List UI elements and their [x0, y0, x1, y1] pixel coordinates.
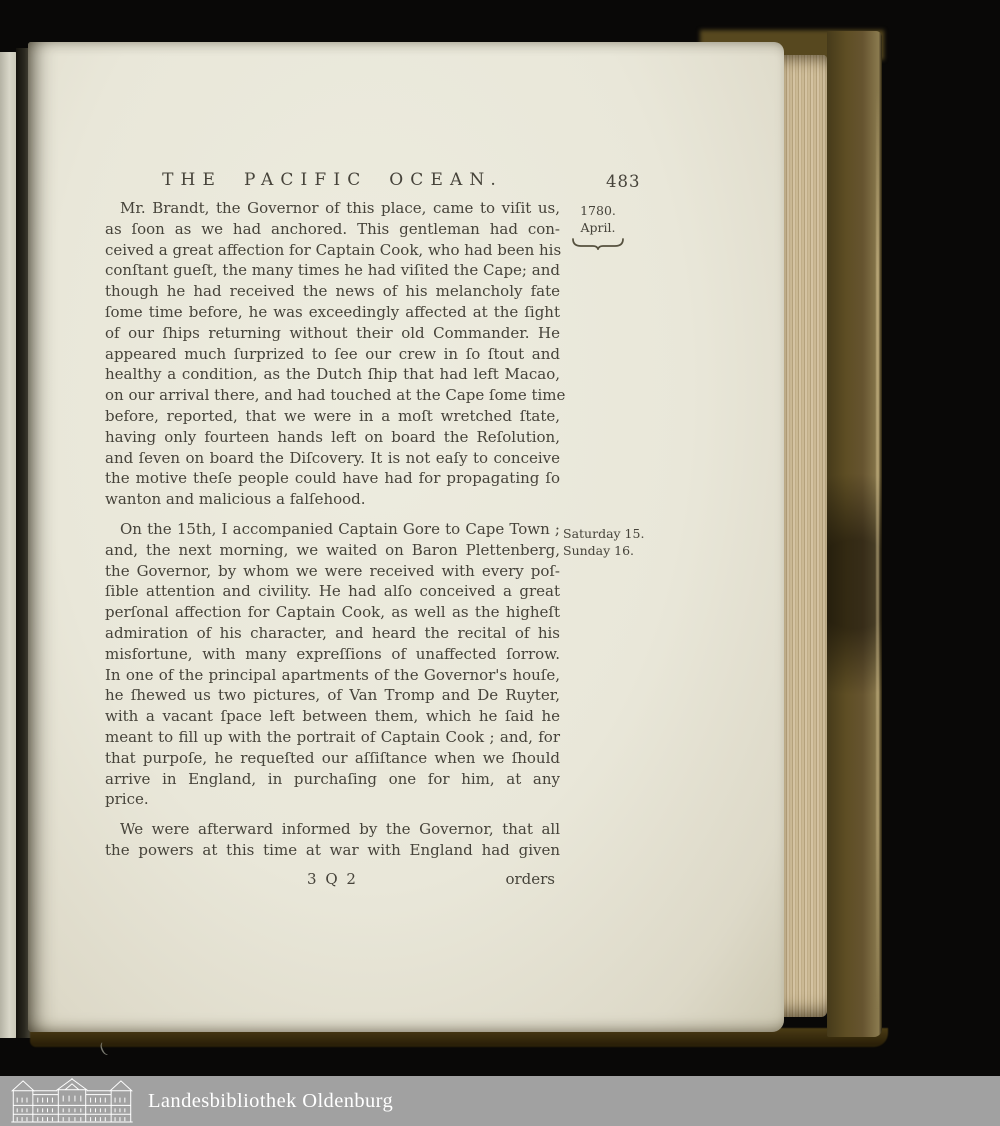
text-line: the Governor, by whom we were received w… — [105, 561, 560, 582]
margin-note-lines: 1780.April. — [569, 202, 627, 236]
page-footer-row: 3 Q 2 orders — [105, 870, 560, 892]
facing-page-edge — [0, 52, 17, 1038]
margin-note-weekend: Saturday 15.Sunday 16. — [563, 525, 644, 559]
text-line: healthy a condition, as the Dutch ſhip t… — [105, 364, 560, 385]
page-fore-edge — [784, 55, 827, 1017]
text-line: appeared much ſurprized to ſee our crew … — [105, 344, 560, 365]
text-line: that purpoſe, he requeſted our aſſiſtanc… — [105, 748, 560, 769]
text-line: Sunday 16. — [563, 542, 644, 559]
text-line: and ſeven on board the Diſcovery. It is … — [105, 448, 560, 469]
library-name-label: Landesbibliothek Oldenburg — [148, 1076, 393, 1126]
text-line: On the 15th, I accompanied Captain Gore … — [105, 519, 560, 540]
text-line: Saturday 15. — [563, 525, 644, 542]
text-line: conſtant gueſt, the many times he had vi… — [105, 260, 560, 281]
library-building-icon — [8, 1078, 136, 1124]
text-line: admiration of his character, and heard t… — [105, 623, 560, 644]
cover-edge-highlight — [876, 90, 879, 1010]
text-line: In one of the principal apartments of th… — [105, 665, 560, 686]
text-line: misfortune, with many expreſſions of una… — [105, 644, 560, 665]
text-line: perſonal affection for Captain Cook, as … — [105, 602, 560, 623]
text-line: as ſoon as we had anchored. This gentlem… — [105, 219, 560, 240]
text-line: and, the next morning, we waited on Baro… — [105, 540, 560, 561]
text-line: price. — [105, 789, 560, 810]
page-number: 483 — [606, 172, 641, 191]
text-line: arrive in England, in purchaſing one for… — [105, 769, 560, 790]
text-line: wanton and malicious a falſehood. — [105, 489, 560, 510]
text-line: meant to fill up with the portrait of Ca… — [105, 727, 560, 748]
book-page: THE PACIFIC OCEAN. 483 Mr. Brandt, the G… — [28, 42, 784, 1032]
margin-note-date: 1780.April. — [569, 202, 627, 250]
text-line: with a vacant ſpace left between them, w… — [105, 706, 560, 727]
margin-note-lines: Saturday 15.Sunday 16. — [563, 525, 644, 559]
paragraph-3: We were afterward informed by the Govern… — [105, 819, 560, 861]
book-cover-edge — [827, 31, 882, 1037]
text-line: though he had received the news of his m… — [105, 281, 560, 302]
text-line: he ſhewed us two pictures, of Van Tromp … — [105, 685, 560, 706]
text-line: ſome time before, he was exceedingly aff… — [105, 302, 560, 323]
text-line: of our ſhips returning without their old… — [105, 323, 560, 344]
body-text-block: Mr. Brandt, the Governor of this place, … — [105, 198, 560, 892]
text-line: the powers at this time at war with Engl… — [105, 840, 560, 861]
text-line: ſible attention and civility. He had alſ… — [105, 581, 560, 602]
running-head-title: THE PACIFIC OCEAN. — [105, 170, 560, 190]
text-line: before, reported, that we were in a moſt… — [105, 406, 560, 427]
text-line: Mr. Brandt, the Governor of this place, … — [105, 198, 560, 219]
paragraph-1: Mr. Brandt, the Governor of this place, … — [105, 198, 560, 510]
paragraph-2: On the 15th, I accompanied Captain Gore … — [105, 519, 560, 810]
text-line: April. — [569, 219, 627, 236]
gathering-signature: 3 Q 2 — [105, 870, 560, 888]
horizontal-brace-icon — [570, 237, 626, 250]
text-line: the motive theſe people could have had f… — [105, 468, 560, 489]
book-scan-viewer: THE PACIFIC OCEAN. 483 Mr. Brandt, the G… — [0, 0, 1000, 1126]
text-line: on our arrival there, and had touched at… — [105, 385, 560, 406]
text-line: having only fourteen hands left on board… — [105, 427, 560, 448]
library-footer-bar: Landesbibliothek Oldenburg — [0, 1076, 1000, 1126]
text-line: ceived a great affection for Captain Coo… — [105, 240, 560, 261]
text-line: We were afterward informed by the Govern… — [105, 819, 560, 840]
catchword: orders — [505, 870, 555, 888]
text-line: 1780. — [569, 202, 627, 219]
